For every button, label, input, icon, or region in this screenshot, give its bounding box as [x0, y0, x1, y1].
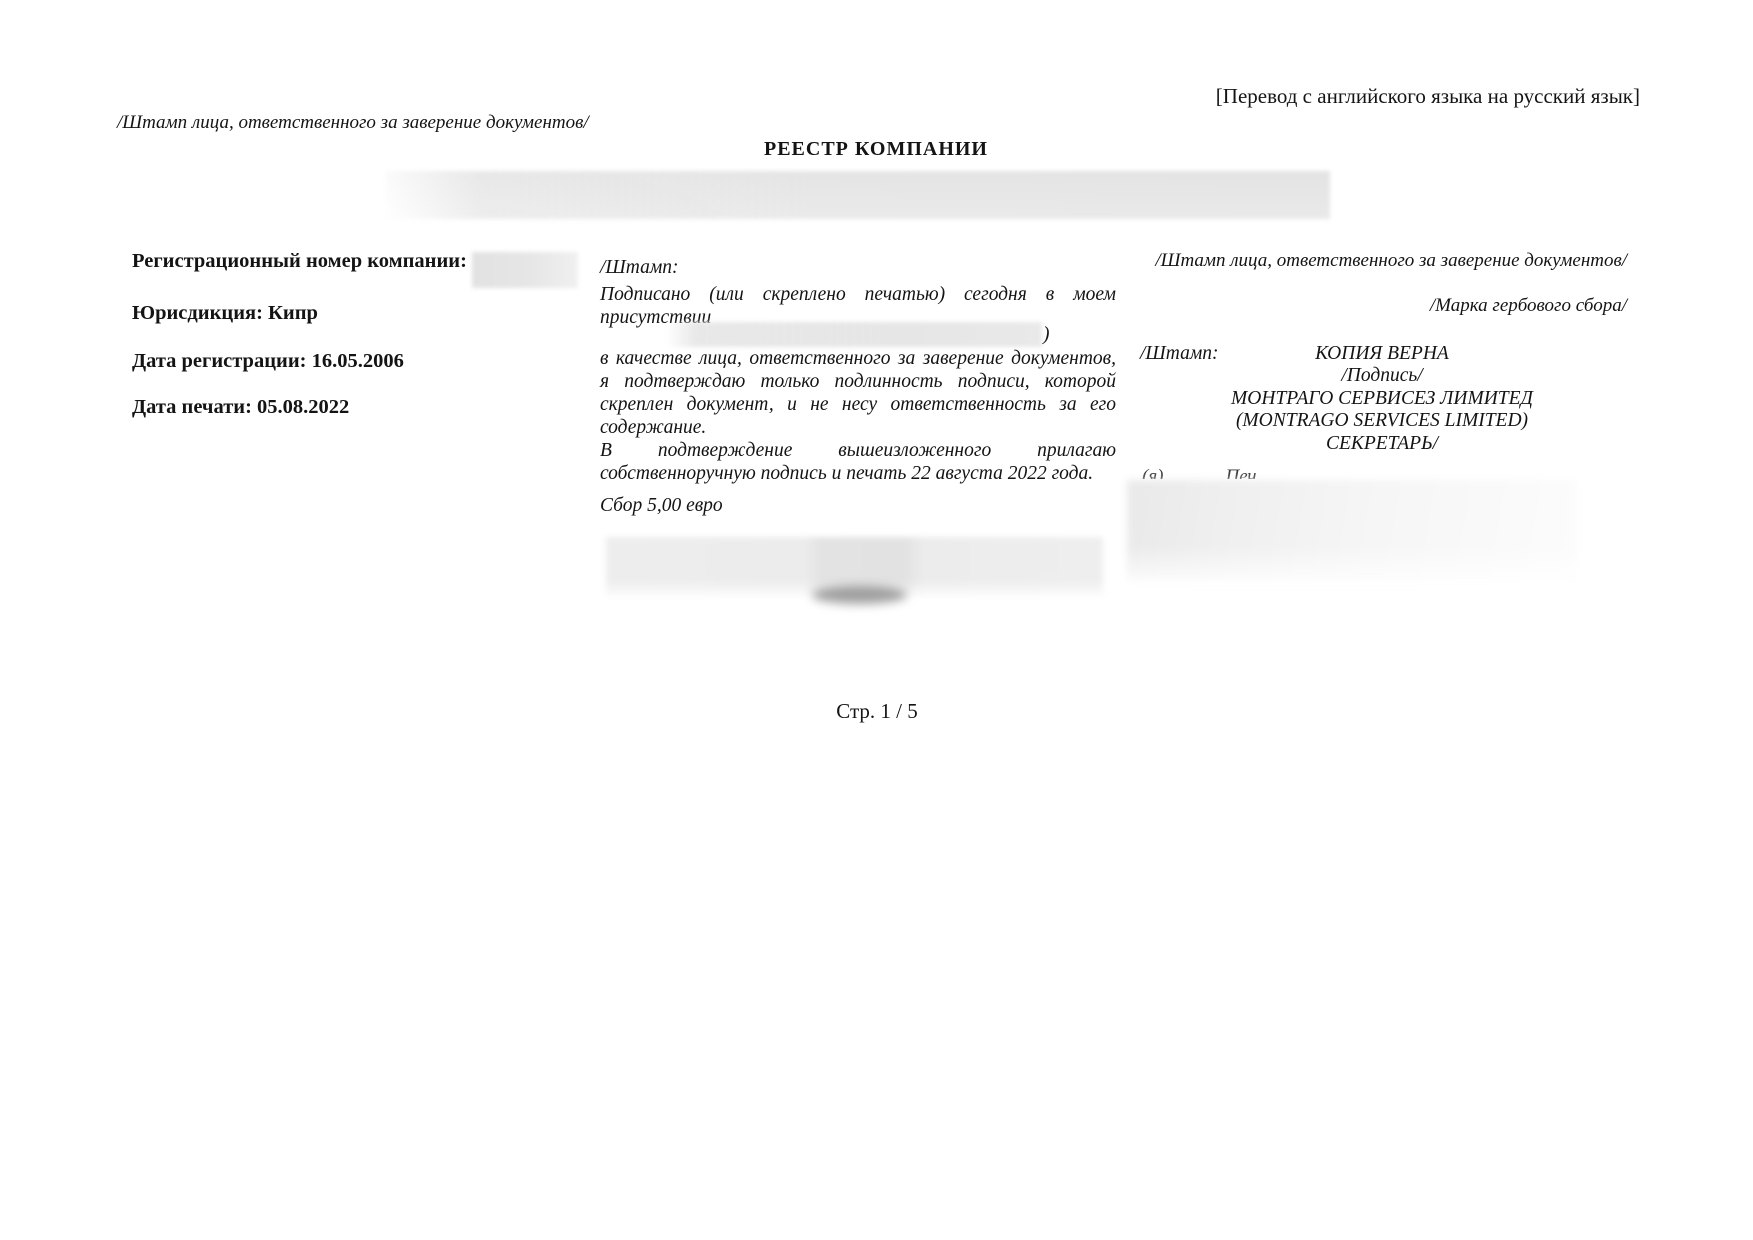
copy-stamp-line-1: КОПИЯ ВЕРНА	[1152, 343, 1612, 365]
redaction-box-registration-number	[472, 252, 578, 288]
signature-smudge	[812, 586, 907, 604]
redaction-bar-notary-name	[666, 322, 1042, 347]
redacted-line-closing-paren: )	[1043, 324, 1050, 346]
page-title: РЕЕСТР КОМПАНИИ	[500, 138, 1252, 161]
notary-body-line-3: скреплен документ, и не несу ответственн…	[600, 393, 1116, 416]
copy-stamp-line-5: СЕКРЕТАРЬ/	[1152, 433, 1612, 455]
company-print-date-row: Дата печати: 05.08.2022	[132, 396, 349, 419]
copy-stamp-line-2: /Подпись/	[1152, 365, 1612, 387]
company-registration-number-row: Регистрационный номер компании:	[132, 250, 467, 273]
company-registration-number-label: Регистрационный номер компании:	[132, 250, 467, 272]
notary-body-line-4: содержание.	[600, 416, 1116, 439]
company-jurisdiction-row: Юрисдикция: Кипр	[132, 302, 318, 325]
notary-fee: Сбор 5,00 евро	[600, 494, 1116, 517]
redaction-bar-company-name	[386, 171, 1330, 219]
notary-body-line-2: я подтверждаю только подлинность подписи…	[600, 370, 1116, 393]
clipped-fragment-1: (я)	[1142, 466, 1164, 479]
notary-body-line-6: собственноручную подпись и печать 22 авг…	[600, 462, 1116, 485]
clipped-text-fragments: (я)Печ	[1142, 466, 1442, 479]
duty-stamp-note: /Марка гербового сбора/	[1010, 295, 1627, 317]
page-number: Стр. 1 / 5	[627, 699, 1127, 724]
copy-stamp-line-4: (MONTRAGO SERVICES LIMITED)	[1152, 410, 1612, 432]
right-certifier-stamp-note: /Штамп лица, ответственного за заверение…	[1010, 250, 1627, 272]
notary-body-line-1: в качестве лица, ответственного за завер…	[600, 347, 1116, 370]
translation-note: [Перевод с английского языка на русский …	[900, 84, 1640, 109]
certifier-stamp-blur	[1127, 480, 1577, 581]
left-certifier-stamp-note: /Штамп лица, ответственного за заверение…	[117, 112, 589, 134]
true-copy-stamp-block: КОПИЯ ВЕРНА /Подпись/ МОНТРАГО СЕРВИСЕЗ …	[1152, 343, 1612, 455]
clipped-fragment-2: Печ	[1226, 466, 1257, 479]
company-registration-date-row: Дата регистрации: 16.05.2006	[132, 350, 404, 373]
copy-stamp-line-3: МОНТРАГО СЕРВИСЕЗ ЛИМИТЕД	[1152, 388, 1612, 410]
notary-body-line-5: В подтверждение вышеизложенного прилагаю	[600, 439, 1116, 462]
